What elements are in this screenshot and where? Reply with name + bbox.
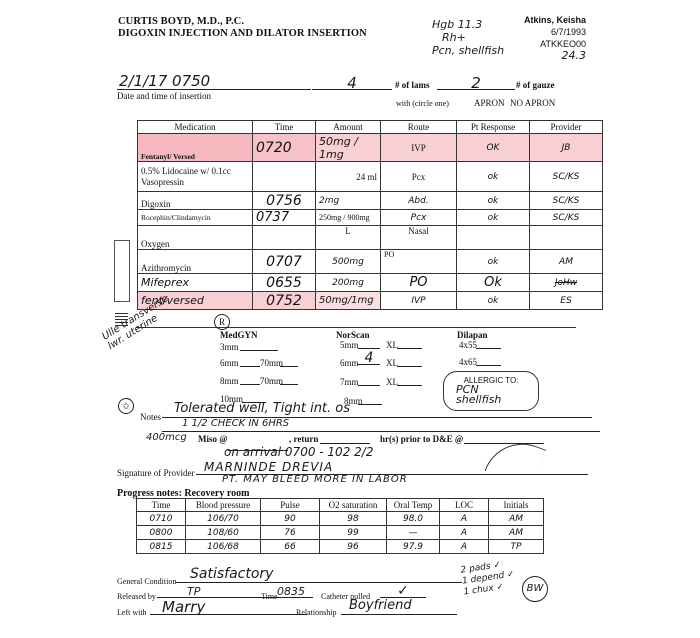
med-response[interactable]: Ok: [457, 274, 530, 292]
med-amount[interactable]: L: [316, 226, 381, 250]
lams-label: # of lams: [395, 80, 430, 90]
miso-dose: 400mcg: [146, 432, 187, 443]
progress-loc[interactable]: A: [440, 512, 489, 526]
med-row: Azithromycin 0707 500mg PO ok AM: [138, 250, 603, 274]
med-route[interactable]: Pcx: [381, 162, 457, 192]
dilapan-4x55-field[interactable]: [476, 348, 501, 349]
medgyn-title: MedGYN: [220, 330, 258, 340]
rh-note: Rh+: [432, 31, 504, 44]
left-with-label: Left with: [117, 608, 147, 617]
progress-time[interactable]: 0710: [137, 512, 186, 526]
norscan-5mm: 5mm: [340, 340, 359, 350]
progress-o2[interactable]: 98: [320, 512, 387, 526]
medgyn-6mm: 6mm: [220, 358, 239, 368]
med-response[interactable]: ok: [457, 250, 530, 274]
progress-row: 0800 108/60 76 99 — A AM: [137, 526, 544, 540]
progress-row: 0815 106/68 66 96 97.9 A TP: [137, 540, 544, 554]
hgb-note: Hgb 11.3: [432, 18, 504, 31]
notes-label: Notes: [140, 412, 161, 422]
med-route[interactable]: PO: [381, 274, 457, 292]
med-route[interactable]: PO: [381, 250, 457, 274]
return-label: , return: [289, 434, 318, 444]
medgyn-8mm-field[interactable]: [240, 384, 260, 385]
col-loc: LOC: [440, 499, 489, 512]
circled-r-mark: R: [214, 314, 230, 330]
progress-o2[interactable]: 96: [320, 540, 387, 554]
progress-row: 0710 106/70 90 98 98.0 A AM: [137, 512, 544, 526]
med-row: Rocephin/Clindamycin 0737 250mg / 900mg …: [138, 210, 603, 226]
dilapan-4x65: 4x65: [459, 357, 477, 367]
dilapan-4x65-field[interactable]: [476, 365, 501, 366]
gauze-label: # of gauze: [516, 80, 555, 90]
progress-initials[interactable]: AM: [489, 512, 544, 526]
progress-pulse[interactable]: 90: [261, 512, 320, 526]
med-time[interactable]: [253, 162, 316, 192]
relationship-label: Relationship: [296, 608, 336, 617]
med-time[interactable]: 0707: [253, 250, 316, 274]
med-route[interactable]: IVP: [381, 134, 457, 162]
med-provider[interactable]: SC/KS: [530, 162, 603, 192]
norscan-6mm-xl-field[interactable]: [397, 366, 422, 367]
med-route[interactable]: Pcx: [381, 210, 457, 226]
clinic-name: CURTIS BOYD, M.D., P.C.: [118, 16, 244, 27]
notes-line-1[interactable]: Tolerated well, Tight int. os: [162, 401, 592, 418]
medgyn-6mm-field[interactable]: [240, 366, 260, 367]
progress-initials[interactable]: AM: [489, 526, 544, 540]
med-response[interactable]: ok: [457, 210, 530, 226]
progress-pulse[interactable]: 76: [261, 526, 320, 540]
med-provider[interactable]: SC/KS: [530, 210, 603, 226]
catheter-field[interactable]: ✓: [380, 583, 426, 598]
col-temp: Oral Temp: [387, 499, 440, 512]
supply-checklist: 2 pads ✓ 1 depend ✓ 1 chux ✓: [460, 558, 517, 598]
date-time-field[interactable]: 2/1/17 0750: [117, 74, 311, 90]
dilapan-4x55: 4x55: [459, 340, 477, 350]
date-time-label: Date and time of insertion: [117, 91, 211, 101]
patient-sticker: [114, 240, 130, 302]
norscan-6mm-field[interactable]: 4: [358, 352, 380, 365]
med-response[interactable]: ok: [457, 292, 530, 310]
norscan-7mm-xl-field[interactable]: [397, 385, 422, 386]
col-amount: Amount: [316, 121, 381, 134]
med-provider[interactable]: [530, 226, 603, 250]
norscan-5mm-field[interactable]: [358, 348, 380, 349]
med-name: Mifeprex: [138, 274, 253, 292]
prior-de-label: hr(s) prior to D&E @: [380, 434, 463, 444]
med-provider[interactable]: SC/KS: [530, 192, 603, 210]
patient-label: Atkins, Keisha 6/7/1993 ATKKEO00 24.3: [520, 14, 586, 62]
col-initials: Initials: [489, 499, 544, 512]
med-amount[interactable]: 50mg/1mg: [316, 292, 381, 310]
progress-temp[interactable]: 97.9: [387, 540, 440, 554]
dilapan-title: Dilapan: [457, 330, 488, 340]
progress-loc[interactable]: A: [440, 540, 489, 554]
med-route[interactable]: Abd.: [381, 192, 457, 210]
progress-bp[interactable]: 106/68: [186, 540, 261, 554]
signature-label: Signature of Provider: [117, 468, 194, 478]
progress-o2[interactable]: 99: [320, 526, 387, 540]
med-row: Digoxin 0756 2mg Abd. ok SC/KS: [138, 192, 603, 210]
gestation: 24.3: [520, 50, 586, 62]
norscan-7mm-field[interactable]: [358, 385, 380, 386]
col-medication: Medication: [138, 121, 253, 134]
provider-signature-scribble: [485, 433, 547, 489]
progress-bp[interactable]: 106/70: [186, 512, 261, 526]
med-time[interactable]: 0655: [253, 274, 316, 292]
notes-line-2[interactable]: 1 1/2 CHECK IN 6HRS: [162, 418, 600, 432]
medgyn-3mm-field[interactable]: [240, 350, 278, 351]
med-time[interactable]: 0752: [253, 292, 316, 310]
med-row: 0.5% Lidocaine w/ 0.1cc Vasopressin 24 m…: [138, 162, 603, 192]
med-time[interactable]: [253, 226, 316, 250]
med-name: Oxygen: [138, 226, 253, 250]
med-response[interactable]: ok: [457, 192, 530, 210]
med-provider[interactable]: AM: [530, 250, 603, 274]
med-name: Digoxin: [138, 192, 253, 210]
norscan-6mm: 6mm: [340, 358, 359, 368]
medgyn-3mm: 3mm: [220, 342, 239, 352]
med-amount[interactable]: 200mg: [316, 274, 381, 292]
med-amount[interactable]: 24 ml: [316, 162, 381, 192]
handwritten-lab-notes: Hgb 11.3 Rh+ Pcn, shellfish: [432, 18, 504, 57]
patient-name: Atkins, Keisha: [520, 14, 586, 26]
med-time[interactable]: 0737: [253, 210, 316, 226]
med-amount[interactable]: 50mg / 1mg: [316, 134, 381, 162]
progress-time[interactable]: 0815: [137, 540, 186, 554]
med-response[interactable]: ok: [457, 162, 530, 192]
progress-temp[interactable]: 98.0: [387, 512, 440, 526]
release-time-field[interactable]: 0835: [277, 585, 313, 598]
med-provider[interactable]: JB: [530, 134, 603, 162]
med-row: Oxygen L Nasal: [138, 226, 603, 250]
norscan-5mm-xl-field[interactable]: [397, 348, 422, 349]
progress-initials[interactable]: TP: [489, 540, 544, 554]
med-route[interactable]: Nasal: [381, 226, 457, 250]
med-response[interactable]: [457, 226, 530, 250]
col-bp: Blood pressure: [186, 499, 261, 512]
medgyn-8mm-70-field[interactable]: [280, 384, 298, 385]
return-field[interactable]: [320, 443, 370, 444]
apron-option[interactable]: APRON: [474, 98, 505, 108]
no-apron-option[interactable]: NO APRON: [510, 98, 555, 108]
med-amount[interactable]: 250mg / 900mg: [316, 210, 381, 226]
med-name: Azithromycin: [138, 250, 253, 274]
med-route[interactable]: IVP: [381, 292, 457, 310]
med-name: Fentanyl/ Versed: [138, 134, 253, 162]
norscan-title: NorScan: [336, 330, 370, 340]
medgyn-6mm-70-field[interactable]: [280, 366, 298, 367]
med-amount[interactable]: 2mg: [316, 192, 381, 210]
circled-initials: BW: [522, 576, 548, 602]
allergy-note: Pcn, shellfish: [432, 44, 504, 57]
col-time: Time: [253, 121, 316, 134]
med-response[interactable]: OK: [457, 134, 530, 162]
lams-field[interactable]: 4: [312, 74, 392, 90]
med-provider[interactable]: ES: [530, 292, 603, 310]
med-time[interactable]: 0720: [253, 134, 316, 162]
progress-time[interactable]: 0800: [137, 526, 186, 540]
norscan-7mm: 7mm: [340, 377, 359, 387]
progress-bp[interactable]: 108/60: [186, 526, 261, 540]
col-pulse: Pulse: [261, 499, 320, 512]
general-condition-field[interactable]: Satisfactory: [176, 566, 462, 583]
col-response: Pt Response: [457, 121, 530, 134]
relationship-field[interactable]: Boyfriend: [341, 598, 457, 615]
medications-table: Medication Time Amount Route Pt Response…: [137, 120, 603, 310]
progress-pulse[interactable]: 66: [261, 540, 320, 554]
med-provider[interactable]: JoHw: [530, 274, 603, 292]
med-name: Rocephin/Clindamycin: [138, 210, 253, 226]
star-circle-icon: ✩: [118, 398, 134, 414]
progress-loc[interactable]: A: [440, 526, 489, 540]
section-divider: [136, 327, 576, 328]
col-provider: Provider: [530, 121, 603, 134]
col-route: Route: [381, 121, 457, 134]
signature-note: PT. MAY BLEED MORE IN LABOR: [222, 474, 408, 485]
col-o2: O2 saturation: [320, 499, 387, 512]
form-title: DIGOXIN INJECTION AND DILATOR INSERTION: [118, 28, 367, 39]
miso-value: on arrival 0700 - 102 2/2: [224, 445, 373, 459]
left-with-field[interactable]: Marry: [150, 598, 307, 615]
patient-dob: 6/7/1993: [520, 26, 586, 38]
med-time[interactable]: 0756: [253, 192, 316, 210]
progress-temp[interactable]: —: [387, 526, 440, 540]
med-row: Mifeprex 0655 200mg PO Ok JoHw: [138, 274, 603, 292]
miso-label: Miso @: [198, 434, 228, 444]
med-name: 0.5% Lidocaine w/ 0.1cc Vasopressin: [138, 162, 253, 192]
gauze-field[interactable]: 2: [437, 74, 515, 90]
med-row: fent/versed 0752 50mg/1mg IVP ok ES: [138, 292, 603, 310]
med-row: Fentanyl/ Versed 0720 50mg / 1mg IVP OK …: [138, 134, 603, 162]
with-label: with (circle one): [396, 99, 449, 108]
medgyn-8mm: 8mm: [220, 376, 239, 386]
col-time: Time: [137, 499, 186, 512]
progress-table: Time Blood pressure Pulse O2 saturation …: [136, 498, 544, 554]
med-amount[interactable]: 500mg: [316, 250, 381, 274]
